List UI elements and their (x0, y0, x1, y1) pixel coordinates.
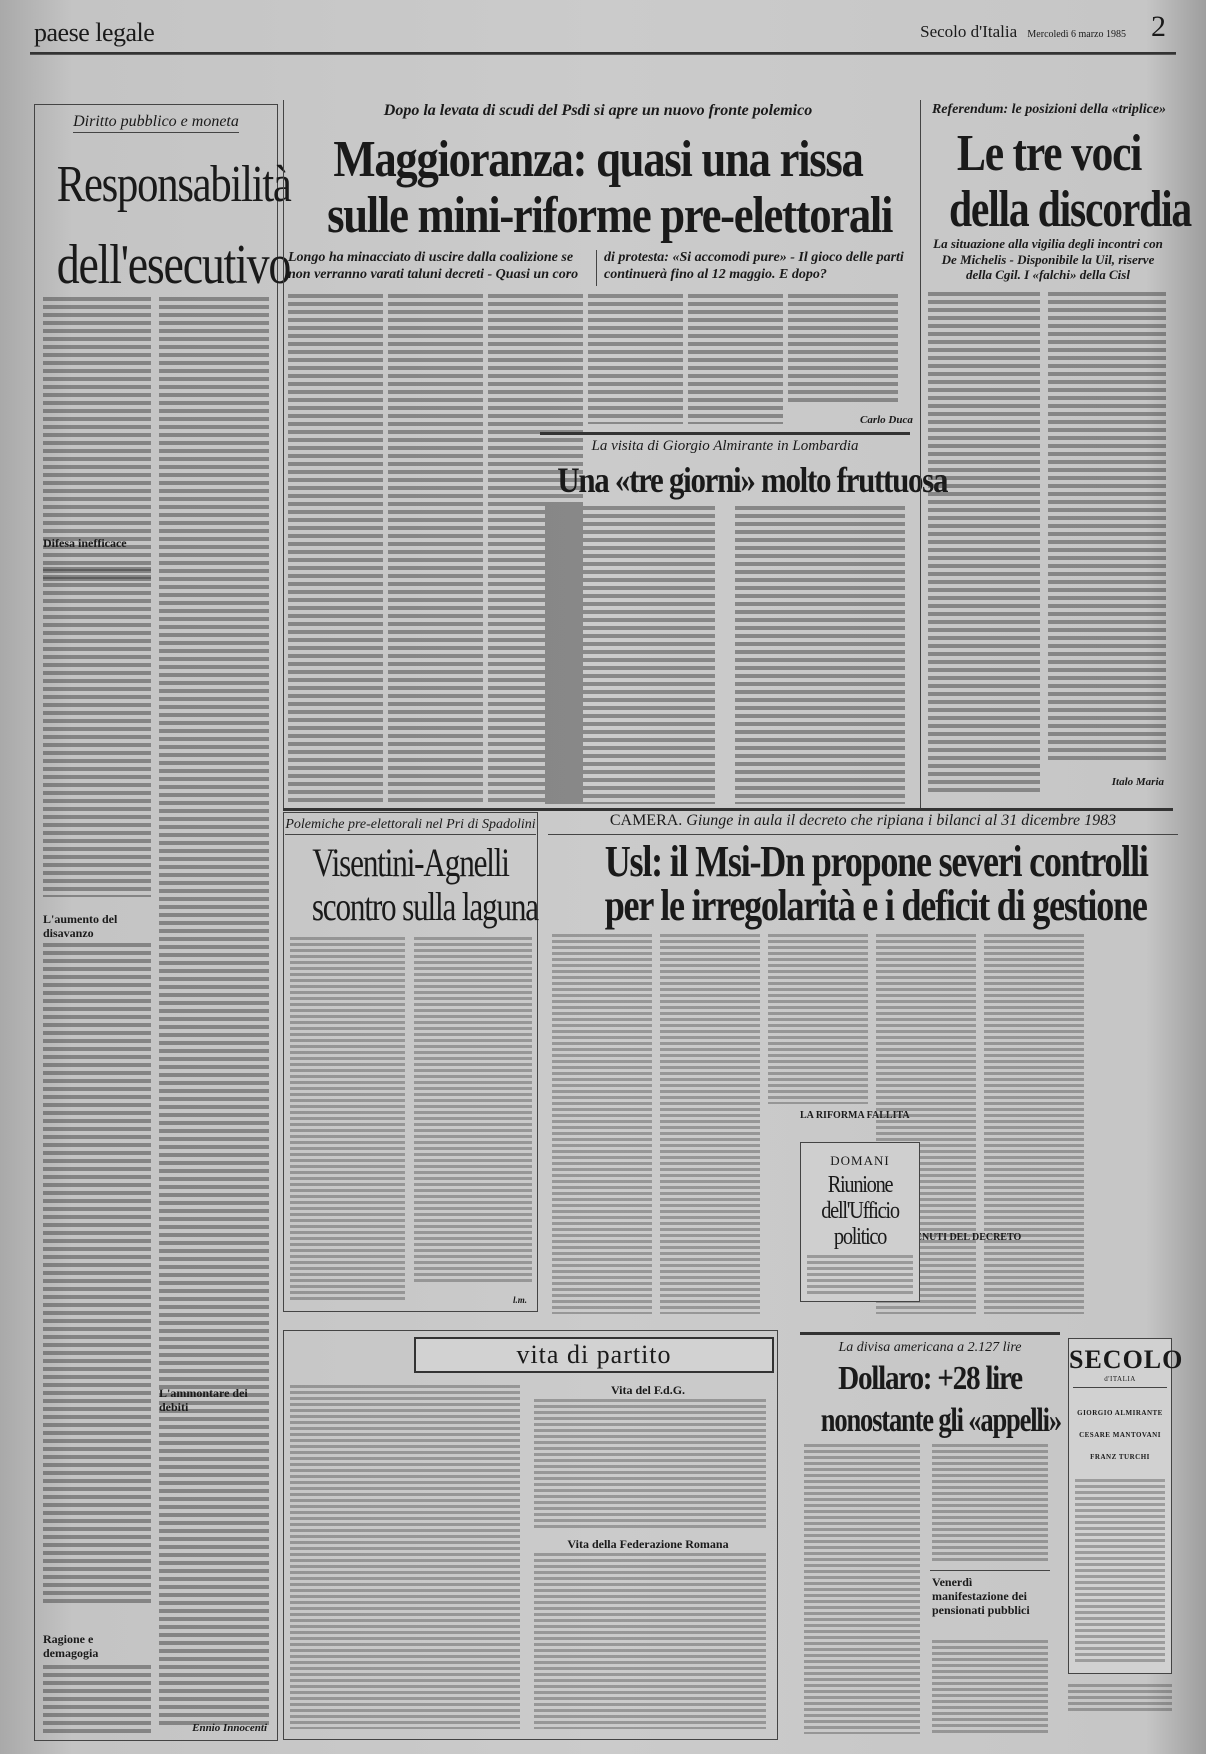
body-text (552, 934, 652, 1314)
body-text (414, 937, 532, 1285)
body-text (688, 294, 783, 424)
headline-line1: Visentini-Agnelli (312, 843, 509, 883)
kicker: CAMERA. Giunge in aula il decreto che ri… (548, 812, 1178, 830)
issue-date: Mercoledì 6 marzo 1985 (1027, 29, 1126, 40)
kicker: Diritto pubblico e moneta (73, 113, 239, 133)
signature: Ennio Innocenti (192, 1722, 267, 1734)
article-visentini: Polemiche pre-elettorali nel Pri di Spad… (283, 812, 538, 1312)
body-text (932, 1444, 1048, 1564)
headline-line1: Dollaro: +28 lire (818, 1362, 1042, 1396)
deck-right: di protesta: «Si accomodi pure» - Il gio… (604, 250, 914, 284)
page-number: 2 (1151, 10, 1166, 44)
kicker: Referendum: le posizioni della «triplice… (924, 102, 1174, 118)
body-text (928, 292, 1040, 792)
article-vita-di-partito: vita di partito Vita del F.d.G. Vita del… (283, 1330, 778, 1740)
body-text (735, 506, 905, 804)
newspaper-page: paese legale Secolo d'Italia Mercoledì 6… (0, 0, 1206, 1754)
signature: Carlo Duca (860, 414, 913, 426)
column-title: Vita della Federazione Romana (528, 1537, 768, 1552)
subhead: Ragione e demagogia (43, 1633, 151, 1661)
staff-name: GIORGIO ALMIRANTE (1069, 1409, 1171, 1417)
headline-line2: dell'Ufficio (810, 1199, 910, 1223)
kicker: Polemiche pre-elettorali nel Pri di Spad… (285, 817, 535, 835)
section-title: vita di partito (414, 1337, 774, 1373)
body-text (768, 934, 868, 1104)
headline-line2: scontro sulla laguna (312, 887, 509, 927)
newspaper-logo: SECOLO (1069, 1345, 1171, 1375)
subhead: L'aumento del disavanzo (43, 913, 151, 941)
body-text (984, 934, 1084, 1314)
headline-line1: Maggioranza: quasi una rissa (327, 134, 869, 186)
body-text (660, 934, 760, 1314)
headline-line1: Le tre voci (944, 128, 1154, 180)
label: DOMANI (801, 1153, 919, 1169)
body-text (43, 567, 151, 897)
body-text (159, 297, 269, 1727)
staff-name: FRANZ TURCHI (1069, 1453, 1171, 1461)
box-secolo: SECOLO d'ITALIA GIORGIO ALMIRANTE CESARE… (1068, 1338, 1172, 1674)
newspaper-name: Secolo d'Italia (920, 22, 1017, 41)
headline-line1: Riunione (810, 1173, 910, 1197)
body-text (1048, 292, 1166, 762)
column-title: Vita del F.d.G. (528, 1383, 768, 1398)
masthead-rule (30, 52, 1176, 55)
body-text (388, 294, 483, 804)
body-text (932, 1640, 1048, 1736)
logo-tagline: d'ITALIA (1069, 1375, 1171, 1383)
body-text (43, 943, 151, 1603)
body-text (290, 1385, 520, 1729)
signature: l.m. (513, 1295, 527, 1305)
subhead: L'ammontare dei debiti (159, 1387, 267, 1415)
subhead: Venerdì manifestazione dei pensionati pu… (932, 1576, 1048, 1617)
staff-name: CESARE MANTOVANI (1069, 1431, 1171, 1439)
headline-line3: politico (810, 1225, 910, 1249)
body-text (534, 1399, 766, 1529)
body-text (43, 1665, 151, 1735)
headline-line2: sulle mini-riforme pre-elettorali (327, 190, 869, 242)
kicker: La visita di Giorgio Almirante in Lombar… (540, 438, 910, 455)
signature: Italo Maria (1112, 776, 1164, 788)
body-text (788, 294, 898, 404)
imprint-text (1075, 1479, 1165, 1665)
kicker: La divisa americana a 2.127 lire (800, 1340, 1060, 1356)
box-domani: DOMANI Riunione dell'Ufficio politico (800, 1142, 920, 1302)
body-text (290, 937, 405, 1303)
headline-line2: nonostante gli «appelli» (821, 1404, 1039, 1438)
headline-line2: per le irregolarità e i deficit di gesti… (605, 884, 1122, 928)
deck: La situazione alla vigilia degli incontr… (928, 236, 1168, 283)
newspaper-name-date: Secolo d'Italia Mercoledì 6 marzo 1985 (920, 22, 1126, 42)
body-text (545, 506, 715, 804)
body-text (588, 294, 683, 424)
subhead: Difesa inefficace (43, 537, 151, 551)
kicker: Dopo la levata di scudi del Psdi si apre… (283, 102, 913, 120)
headline: Una «tre giorni» molto fruttuosa (557, 462, 892, 498)
print-note (1068, 1684, 1172, 1712)
deck-left: Longo ha minacciato di uscire dalla coal… (288, 250, 588, 284)
headline-line1: Responsabilità (57, 159, 255, 211)
headline-line2: della discordia (949, 184, 1149, 236)
body-text (534, 1553, 766, 1729)
body-text (807, 1255, 913, 1297)
body-text (804, 1444, 920, 1734)
headline-line2: dell'esecutivo (57, 237, 255, 293)
body-text (288, 294, 383, 804)
headline-line1: Usl: il Msi-Dn propone severi controlli (605, 840, 1122, 884)
article-responsabilita: Diritto pubblico e moneta Responsabilità… (34, 104, 278, 1741)
section-title: paese legale (34, 18, 154, 48)
